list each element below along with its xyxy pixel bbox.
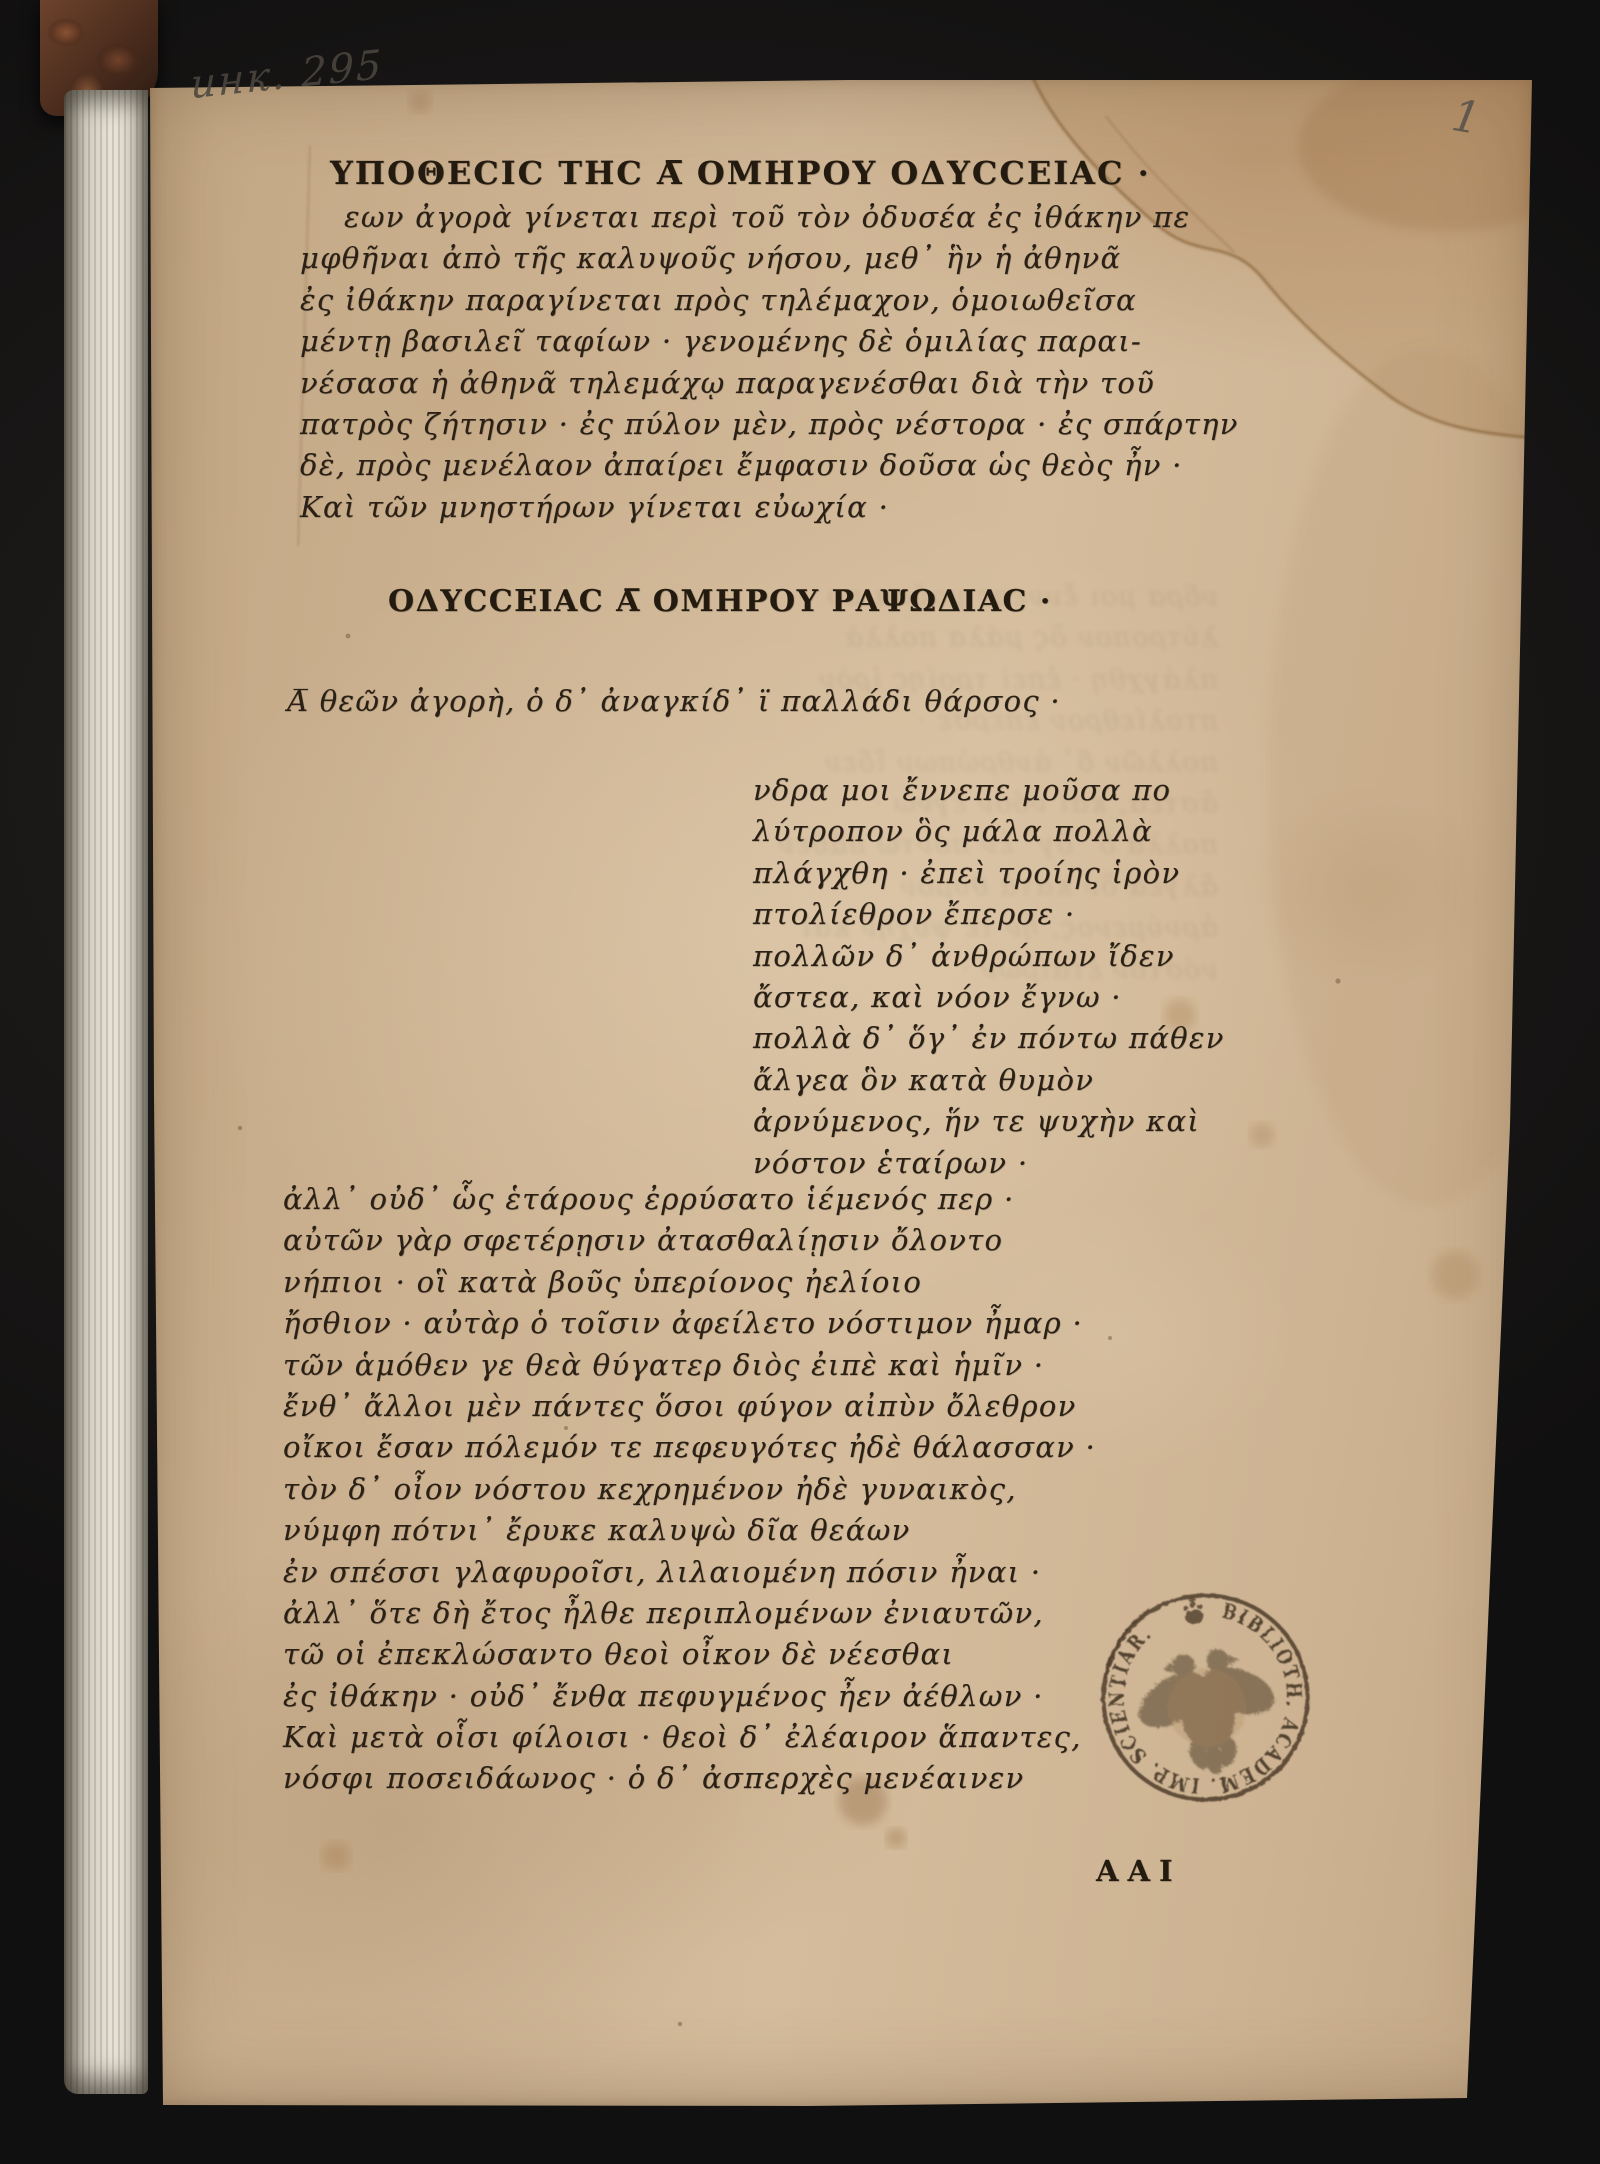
verse-line: ἔνθ᾽ ἄλλοι μὲν πάντες ὅσοι φύγον αἰπὺν ὄ… (283, 1386, 1096, 1427)
proem-line: πολλῶν δ᾽ ἀνθρώπων ἴδεν (753, 936, 1225, 977)
verse-line: νήπιοι · οἳ κατὰ βοῦς ὑπερίονος ἠελίοιο (283, 1262, 1096, 1303)
hypothesis-line: ἐς ἰθάκην παραγίνεται πρὸς τηλέμαχον, ὁμ… (300, 280, 1239, 321)
verse-line: ἐς ἰθάκην · οὐδ᾽ ἔνθα πεφυγμένος ἦεν ἀέθ… (283, 1676, 1096, 1717)
ghost-line: λύτροπον ὃς μάλα πολλὰ (578, 617, 1218, 658)
proem-line: πολλὰ δ᾽ ὅγ᾽ ἐν πόντω πάθεν (753, 1018, 1225, 1059)
proem-line: ἀρνύμενος, ἥν τε ψυχὴν καὶ (753, 1101, 1225, 1142)
book-block-page-edges (64, 90, 148, 2094)
verse-line: τῶν ἁμόθεν γε θεὰ θύγατερ διὸς ἐιπὲ καὶ … (283, 1345, 1096, 1386)
verse-line: τὸν δ᾽ οἶον νόστου κεχρημένον ἠδὲ γυναικ… (283, 1469, 1096, 1510)
proem-line: λύτροπον ὃς μάλα πολλὰ (753, 811, 1225, 852)
hypothesis-line: Καὶ τῶν μνηστήρων γίνεται εὐωχία · (300, 487, 1239, 528)
proem-line: ἄστεα, καὶ νόον ἔγνω · (753, 977, 1225, 1018)
proem-indented-block: νδρα μοι ἔννεπε μοῦσα πολύτροπον ὃς μάλα… (753, 770, 1225, 1184)
verse-line: τῶ οἱ ἐπεκλώσαντο θεοὶ οἶκον δὲ νέεσθαι (283, 1634, 1096, 1675)
verse-line: ἀλλ᾽ ὅτε δὴ ἔτος ἦλθε περιπλομένων ἐνιαυ… (283, 1593, 1096, 1634)
proem-line: ἄλγεα ὃν κατὰ θυμὸν (753, 1060, 1225, 1101)
proem-line: πτολίεθρον ἔπερσε · (753, 894, 1225, 935)
hypothesis-line: μέντῃ βασιλεῖ ταφίων · γενομένης δὲ ὁμιλ… (300, 321, 1239, 362)
verse-line: ἀλλ᾽ οὐδ᾽ ὧς ἑτάρους ἐρρύσατο ἱέμενός πε… (283, 1179, 1096, 1220)
hypothesis-line: δὲ, πρὸς μενέλαον ἀπαίρει ἔμφασιν δοῦσα … (300, 445, 1239, 486)
hypothesis-paragraph: εων ἀγορὰ γίνεται περὶ τοῦ τὸν ὀδυσέα ἐς… (300, 197, 1239, 528)
proem-line: πλάγχθη · ἐπεὶ τροίης ἱρὸν (753, 853, 1225, 894)
manuscript-page: νδρα μοι ἔννεπε μοῦσα πολύτροπον ὃς μάλα… (148, 76, 1534, 2108)
verse-line: ἤσθιον · αὐτὰρ ὁ τοῖσιν ἀφείλετο νόστιμο… (283, 1303, 1096, 1344)
verse-line: οἴκοι ἔσαν πόλεμόν τε πεφευγότες ἠδὲ θάλ… (283, 1427, 1096, 1468)
rhapsody-title: ΟΔΥCCΕΙΑC Α̅ ΟΜΗΡΟΥ ΡΑΨΩΔΙΑC · (388, 584, 1052, 619)
library-stamp: BIBLIOTH. ACADEM. IMP. SCIENTIAR. (1083, 1575, 1328, 1820)
hypothesis-title: ΥΠΟΘΕCΙC ΤΗC Α̅ ΟΜΗΡΟΥ ΟΔΥCCΕΙΑC · (330, 154, 1151, 192)
proem-line: νδρα μοι ἔννεπε μοῦσα πο (753, 770, 1225, 811)
verse-line: ἐν σπέσσι γλαφυροῖσι, λιλαιομένη πόσιν ἦ… (283, 1552, 1096, 1593)
book-argument-line: Α̅ θεῶν ἀγορὴ, ὁ δ᾽ ἀναγκίδ᾽ ϊ παλλάδι θ… (287, 684, 1061, 718)
verse-line: αὐτῶν γὰρ σφετέρῃσιν ἀτασθαλίῃσιν ὄλοντο (283, 1220, 1096, 1261)
verse-line: νόσφι ποσειδάωνος · ὁ δ᾽ ἀσπερχὲς μενέαι… (283, 1758, 1096, 1799)
quire-signature: AAI (1096, 1854, 1182, 1888)
hypothesis-line: μφθῆναι ἀπὸ τῆς καλυψοῦς νήσου, μεθ᾽ ἣν … (300, 238, 1239, 279)
verse-line: Καὶ μετὰ οἷσι φίλοισι · θεοὶ δ᾽ ἐλέαιρον… (283, 1717, 1096, 1758)
hypothesis-line: πατρὸς ζήτησιν · ἐς πύλον μὲν, πρὸς νέστ… (300, 404, 1239, 445)
verse-block: ἀλλ᾽ οὐδ᾽ ὧς ἑτάρους ἐρρύσατο ἱέμενός πε… (283, 1179, 1096, 1800)
verse-line: νύμφη πότνι᾽ ἔρυκε καλυψὼ δῖα θεάων (283, 1510, 1096, 1551)
manuscript-photo: νδρα μοι ἔννεπε μοῦσα πολύτροπον ὃς μάλα… (0, 0, 1600, 2164)
hypothesis-line: εων ἀγορὰ γίνεται περὶ τοῦ τὸν ὀδυσέα ἐς… (300, 197, 1239, 238)
proem-line: νόστον ἑταίρων · (753, 1143, 1225, 1184)
hypothesis-line: νέσασα ἡ ἀθηνᾶ τηλεμάχῳ παραγενέσθαι διὰ… (300, 363, 1239, 404)
